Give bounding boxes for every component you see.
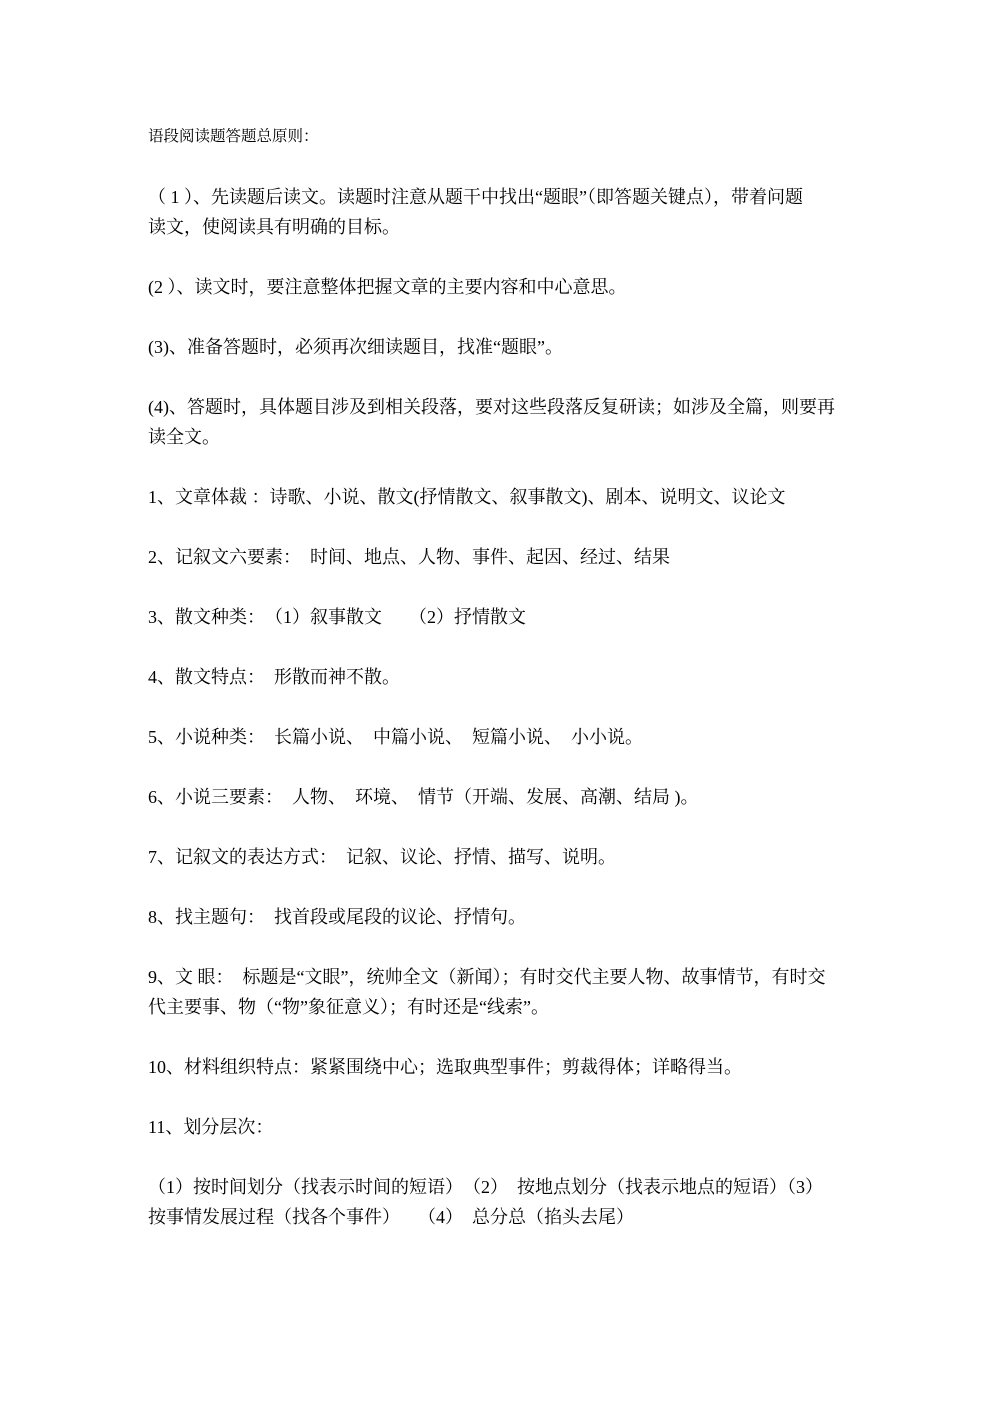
list-item-7-expression-modes: 7、记叙文的表达方式： 记叙、议论、抒情、描写、说明。 (148, 842, 863, 872)
paragraph-principle-2: (2 ）、读文时，要注意整体把握文章的主要内容和中心意思。 (148, 272, 863, 302)
list-item-8-theme-sentence: 8、找主题句： 找首段或尾段的议论、抒情句。 (148, 902, 863, 932)
text-line: 6、小说三要素： 人物、 环境、 情节（开端、发展、高潮、结局 )。 (148, 782, 863, 812)
text-line: 读文，使阅读具有明确的目标。 (148, 212, 863, 242)
text-line: 按事情发展过程（找各个事件） （4） 总分总（掐头去尾） (148, 1202, 863, 1232)
text-line: 1、文章体裁 ：诗歌、小说、散文(抒情散文、叙事散文)、剧本、说明文、议论文 (148, 482, 863, 512)
text-line: （1）按时间划分（找表示时间的短语） （2） 按地点划分（找表示地点的短语）（3… (148, 1172, 863, 1202)
list-item-11-layer-division: 11、划分层次： (148, 1112, 863, 1142)
text-line: （ 1 ）、先读题后读文。读题时注意从题干中找出“题眼”（即答题关键点），带着问… (148, 182, 863, 212)
text-line: 4、散文特点： 形散而神不散。 (148, 662, 863, 692)
paragraph-principle-3: (3)、准备答题时，必须再次细读题目，找准“题眼”。 (148, 332, 863, 362)
text-line: 2、记叙文六要素： 时间、地点、人物、事件、起因、经过、结果 (148, 542, 863, 572)
list-item-1-genres: 1、文章体裁 ：诗歌、小说、散文(抒情散文、叙事散文)、剧本、说明文、议论文 (148, 482, 863, 512)
text-line: 5、小说种类： 长篇小说、 中篇小说、 短篇小说、 小小说。 (148, 722, 863, 752)
text-line: (3)、准备答题时，必须再次细读题目，找准“题眼”。 (148, 332, 863, 362)
text-line: 7、记叙文的表达方式： 记叙、议论、抒情、描写、说明。 (148, 842, 863, 872)
text-line: 10、材料组织特点：紧紧围绕中心；选取典型事件；剪裁得体；详略得当。 (148, 1052, 863, 1082)
text-line: 9、文 眼： 标题是“文眼”，统帅全文（新闻）；有时交代主要人物、故事情节，有时… (148, 962, 863, 992)
document-title: 语段阅读题答题总原则： (148, 122, 863, 152)
list-item-6-novel-elements: 6、小说三要素： 人物、 环境、 情节（开端、发展、高潮、结局 )。 (148, 782, 863, 812)
list-item-9-wenyan: 9、文 眼： 标题是“文眼”，统帅全文（新闻）；有时交代主要人物、故事情节，有时… (148, 962, 863, 1022)
text-line: 8、找主题句： 找首段或尾段的议论、抒情句。 (148, 902, 863, 932)
text-line: 读全文。 (148, 422, 863, 452)
paragraph-layer-division-methods: （1）按时间划分（找表示时间的短语） （2） 按地点划分（找表示地点的短语）（3… (148, 1172, 863, 1232)
document-title-text: 语段阅读题答题总原则： (148, 122, 863, 152)
list-item-3-prose-types: 3、散文种类： （1）叙事散文 （2）抒情散文 (148, 602, 863, 632)
paragraph-principle-1: （ 1 ）、先读题后读文。读题时注意从题干中找出“题眼”（即答题关键点），带着问… (148, 182, 863, 242)
text-line: 代主要事、物（“物”象征意义）；有时还是“线索”。 (148, 992, 863, 1022)
paragraph-principle-4: (4)、答题时，具体题目涉及到相关段落，要对这些段落反复研读；如涉及全篇，则要再… (148, 392, 863, 452)
list-item-2-narrative-elements: 2、记叙文六要素： 时间、地点、人物、事件、起因、经过、结果 (148, 542, 863, 572)
list-item-5-novel-types: 5、小说种类： 长篇小说、 中篇小说、 短篇小说、 小小说。 (148, 722, 863, 752)
list-item-4-prose-features: 4、散文特点： 形散而神不散。 (148, 662, 863, 692)
text-line: 3、散文种类： （1）叙事散文 （2）抒情散文 (148, 602, 863, 632)
text-line: 11、划分层次： (148, 1112, 863, 1142)
text-line: (2 ）、读文时，要注意整体把握文章的主要内容和中心意思。 (148, 272, 863, 302)
list-item-10-material-organization: 10、材料组织特点：紧紧围绕中心；选取典型事件；剪裁得体；详略得当。 (148, 1052, 863, 1082)
document-content: 语段阅读题答题总原则： （ 1 ）、先读题后读文。读题时注意从题干中找出“题眼”… (148, 122, 863, 1262)
text-line: (4)、答题时，具体题目涉及到相关段落，要对这些段落反复研读；如涉及全篇，则要再 (148, 392, 863, 422)
